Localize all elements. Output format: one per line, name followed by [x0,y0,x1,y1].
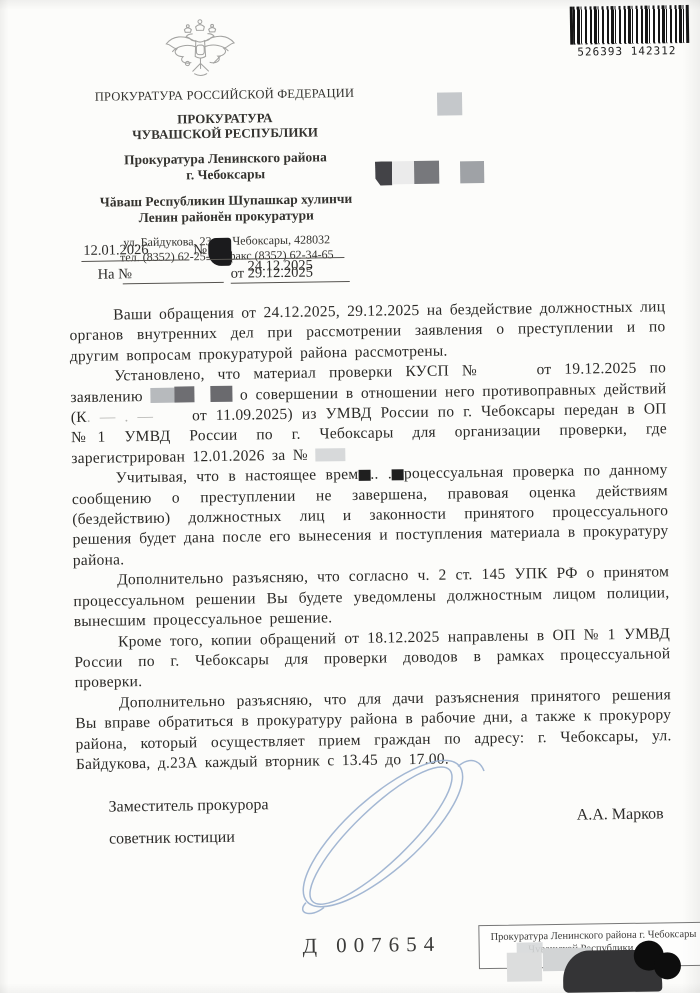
na-number-label: На № [98,266,133,284]
redaction-box [174,386,194,402]
paragraph: Учитывая, что в настоящее врем.. .роцесс… [72,461,669,572]
paragraph: Установлено, что материал проверки КУСП … [70,359,667,470]
redaction-box [358,470,370,481]
redaction-box [315,448,345,461]
paragraph-text: .. . [370,466,392,483]
number-label: № [193,242,207,259]
paragraph: Дополнительно разъясняю, что согласно ч.… [73,563,670,633]
signoff-name: А.А. Марков [577,805,664,824]
redaction-box [437,92,462,115]
redaction-box [150,387,174,402]
blank-gap [153,419,183,420]
redaction-box [392,161,414,184]
paragraph-text: Кроме того, копии обращений от 18.12.202… [74,625,670,692]
barcode: 526393 142312 [570,5,684,59]
paragraph-text: Дополнительно разъясняю, что согласно ч.… [73,564,669,631]
underline [123,282,224,284]
blank-gap [496,374,524,375]
paragraph: Кроме того, копии обращений от 18.12.202… [74,624,671,694]
signoff-position-line1: Заместитель прокурора [108,796,268,816]
signature-scribble [282,744,490,922]
redaction-box [507,952,542,982]
letterhead-federation: ПРОКУРАТУРА РОССИЙСКОЙ ФЕДЕРАЦИИ [52,85,397,105]
barcode-digits: 526393 142312 [570,44,683,59]
russian-coat-of-arms-icon [159,18,242,85]
paragraph-text: Ваши обращения от 24.12.2025, 29.12.2025… [69,298,665,365]
scan-content: 526393 142312 [0,0,700,993]
blank-gap [194,399,210,400]
paragraph-text: от 11.09.2025) из УМВД России по г. Чебо… [71,400,667,467]
body-paragraphs: Ваши обращения от 24.12.2025, 29.12.2025… [69,297,672,775]
incoming-date-2: от 29.12.2025 [231,265,314,283]
paragraph-text: . — . — [87,408,154,426]
signoff-position-line2: советник юстиции [109,829,235,849]
scanned-letter-page: 526393 142312 [0,0,700,993]
redaction-box [414,161,439,184]
redaction-box [392,469,404,480]
redaction-box [460,161,484,183]
paragraph-text: Установлено, что материал проверки КУСП … [114,362,496,385]
paragraph-text: Учитывая, что в настоящее врем [116,466,359,487]
redaction-box [208,238,231,266]
paragraph: Ваши обращения от 24.12.2025, 29.12.2025… [69,297,666,367]
outgoing-date: 12.01.2026 [83,242,148,260]
redaction-circle [654,952,681,979]
barcode-bars-icon [570,5,690,45]
redaction-box [210,385,232,401]
form-number: Д 007654 [302,932,441,959]
